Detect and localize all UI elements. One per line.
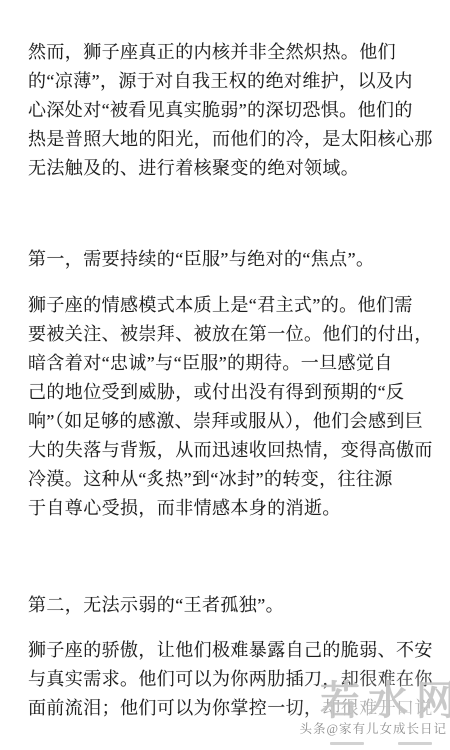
watermark-site-name: 若水网 — [320, 680, 450, 722]
text-line: 心深处对“被看见真实脆弱”的深切恐惧。他们的 — [28, 96, 432, 125]
text-line: 无法触及的、进行着核聚变的绝对领域。 — [28, 154, 432, 183]
paragraph: 然而，狮子座真正的内核并非全然炽热。他们 的“凉薄”，源于对自我王权的绝对维护，… — [28, 38, 432, 183]
text-line: 冷漠。这种从“炙热”到“冰封”的转变，往往源 — [28, 465, 432, 494]
text-line: 于自尊心受损，而非情感本身的消逝。 — [28, 494, 432, 523]
text-line: 然而，狮子座真正的内核并非全然炽热。他们 — [28, 38, 432, 67]
text-line: 的“凉薄”，源于对自我王权的绝对维护，以及内 — [28, 67, 432, 96]
text-line: 暗含着对“忠诚”与“臣服”的期待。一旦感觉自 — [28, 349, 432, 378]
text-line: 热是普照大地的阳光，而他们的冷，是太阳核心那 — [28, 125, 432, 154]
text-line-segment: 面前流泪；他们可以为你掌控一切， — [28, 698, 322, 718]
text-line: 狮子座的情感模式本质上是“君主式”的。他们需 — [28, 291, 432, 320]
watermark-credit-line: 头条@家有儿女成长日记 — [299, 722, 447, 737]
text-line: 己的地位受到威胁，或付出没有得到预期的“反 — [28, 378, 432, 407]
heading-line: 第一，需要持续的“臣服”与绝对的“焦点”。 — [28, 245, 432, 274]
watermark-dash — [330, 742, 364, 745]
article-body: 然而，狮子座真正的内核并非全然炽热。他们 的“凉薄”，源于对自我王权的绝对维护，… — [28, 38, 432, 723]
section-heading: 第二，无法示弱的“王者孤独”。 — [28, 591, 432, 620]
section-heading: 第一，需要持续的“臣服”与绝对的“焦点”。 — [28, 245, 432, 274]
heading-line: 第二，无法示弱的“王者孤独”。 — [28, 591, 432, 620]
paragraph: 狮子座的情感模式本质上是“君主式”的。他们需 要被关注、被崇拜、被放在第一位。他… — [28, 291, 432, 523]
watermark-underline-dashes — [330, 742, 432, 745]
watermark-dash — [398, 742, 432, 745]
text-line: 大的失落与背叛，从而迅速收回热情，变得高傲而 — [28, 436, 432, 465]
text-line: 要被关注、被崇拜、被放在第一位。他们的付出， — [28, 320, 432, 349]
text-line: 响”（如足够的感激、崇拜或服从），他们会感到巨 — [28, 407, 432, 436]
text-line: 狮子座的骄傲，让他们极难暴露自己的脆弱、不安 — [28, 636, 432, 665]
article-page: 然而，狮子座真正的内核并非全然炽热。他们 的“凉薄”，源于对自我王权的绝对维护，… — [0, 0, 450, 750]
